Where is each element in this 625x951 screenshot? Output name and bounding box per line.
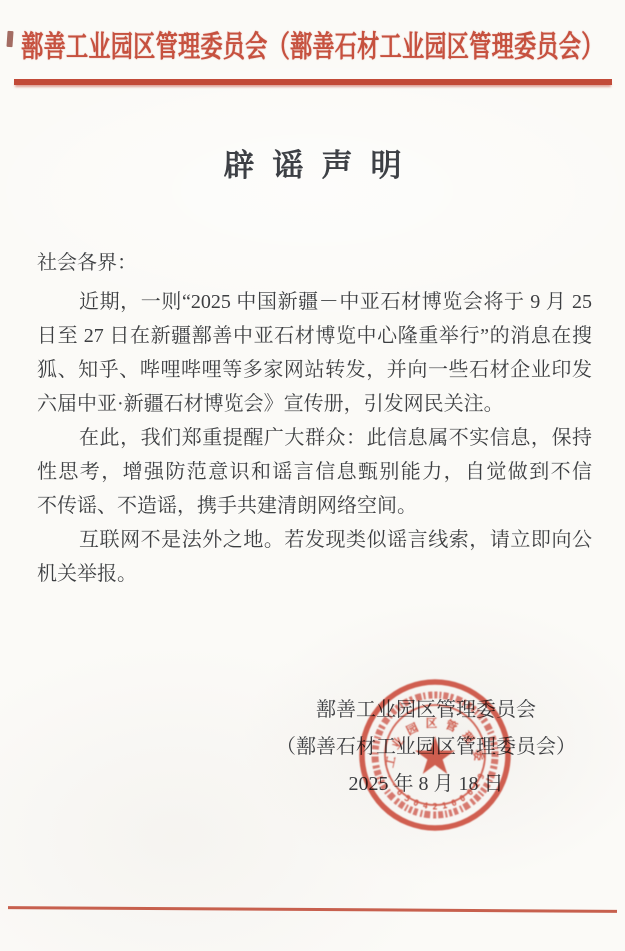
official-seal-stamp: 鄯善工业园区管理委员会 · · 6 5 0 4 2 1 0 0 0 1 9: [352, 672, 518, 838]
document-title: 辟谣声明: [0, 140, 625, 185]
body-line: 在此，我们郑重提醒广大群众：此信息属不实信息，保持理: [37, 421, 592, 455]
body-line: 性思考，增强防范意识和谣言信息甄别能力，自觉做到不信谣、: [37, 455, 592, 489]
footer-rule: [8, 906, 617, 913]
body-line: 不传谣、不造谣，携手共建清朗网络空间。: [37, 489, 592, 523]
body-line: 近期，一则“2025 中国新疆－中亚石材博览会将于 9 月 25: [37, 285, 592, 319]
body-line: 日至 27 日在新疆鄯善中亚石材博览中心隆重举行”的消息在搜: [37, 319, 592, 353]
body-line: 机关举报。: [37, 557, 592, 591]
document-page: 鄯善工业园区管理委员会（鄯善石材工业园区管理委员会） 辟谣声明 社会各界： 近期…: [0, 0, 625, 951]
letterhead-title: 鄯善工业园区管理委员会（鄯善石材工业园区管理委员会）: [10, 24, 615, 66]
letterhead-rule: [14, 79, 612, 85]
body-line: 狐、知乎、哔哩哔哩等多家网站转发，并向一些石材企业印发《第: [37, 353, 592, 387]
star-icon: [415, 736, 455, 774]
body-line: 互联网不是法外之地。若发现类似谣言线索，请立即向公安: [37, 523, 592, 557]
body-line: 六届中亚·新疆石材博览会》宣传册，引发网民关注。: [37, 387, 592, 421]
salutation-line: 社会各界：: [37, 246, 592, 280]
body-text: 社会各界： 近期，一则“2025 中国新疆－中亚石材博览会将于 9 月 25 日…: [37, 246, 592, 591]
